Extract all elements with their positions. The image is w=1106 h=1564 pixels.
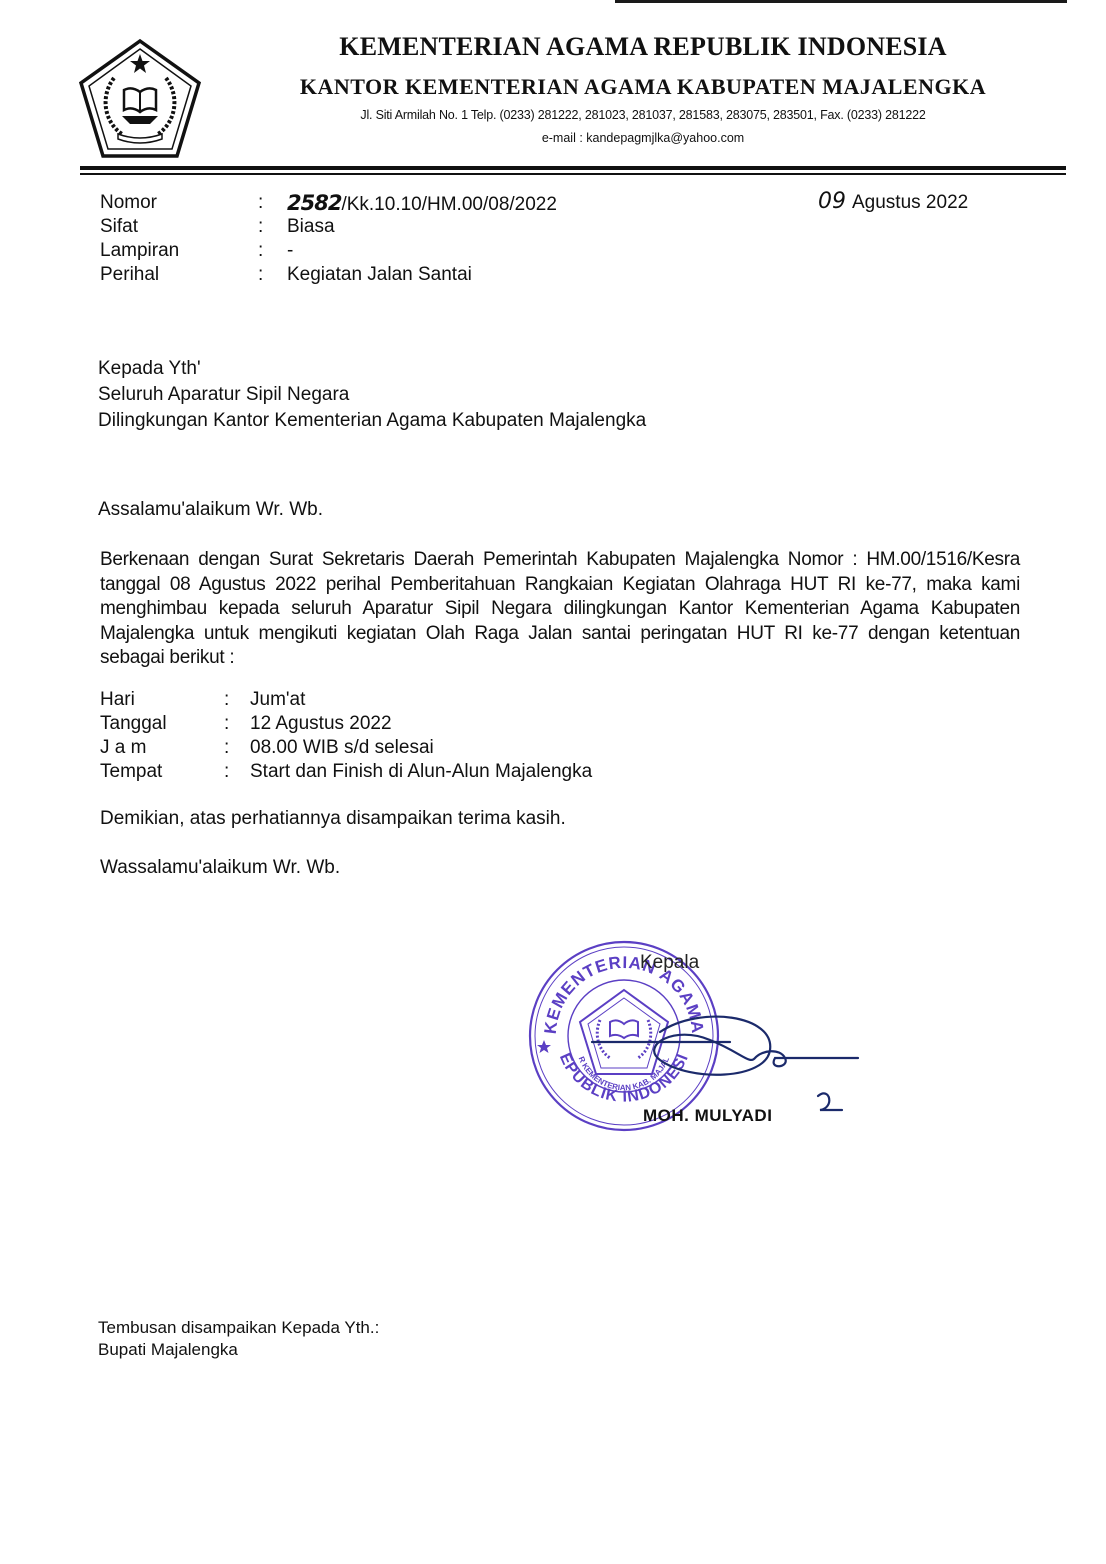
letterhead-ministry: KEMENTERIAN AGAMA REPUBLIK INDONESIA	[248, 32, 1038, 62]
detail-label: J a m	[100, 736, 220, 760]
meta-colon: :	[258, 263, 263, 287]
detail-value: Jum'at	[250, 688, 305, 712]
detail-colon: :	[224, 712, 229, 736]
detail-value: 08.00 WIB s/d selesai	[250, 736, 434, 760]
recipient-line: Kepada Yth'	[98, 356, 646, 382]
scan-edge-strip	[615, 0, 1067, 3]
signatory-name: MOH. MULYADI	[643, 1106, 772, 1126]
letterhead-rule-thin	[80, 173, 1066, 175]
recipient-line: Seluruh Aparatur Sipil Negara	[98, 382, 646, 408]
greeting: Assalamu'alaikum Wr. Wb.	[98, 499, 323, 521]
recipient-block: Kepada Yth' Seluruh Aparatur Sipil Negar…	[98, 356, 646, 434]
handwritten-number: 2582	[287, 191, 341, 215]
detail-value: Start dan Finish di Alun-Alun Majalengka	[250, 760, 592, 784]
meta-label: Lampiran	[100, 239, 250, 263]
meta-colon: :	[258, 191, 263, 215]
letterhead-address: Jl. Siti Armilah No. 1 Telp. (0233) 2812…	[248, 108, 1038, 122]
cc-title: Tembusan disampaikan Kepada Yth.:	[98, 1318, 379, 1338]
letter-number: /Kk.10.10/HM.00/08/2022	[341, 194, 556, 215]
detail-colon: :	[224, 760, 229, 784]
meta-value: 2582/Kk.10.10/HM.00/08/2022	[287, 191, 557, 217]
ministry-emblem-icon	[78, 38, 202, 160]
letterhead-rule-thick	[80, 166, 1066, 170]
detail-colon: :	[224, 736, 229, 760]
detail-label: Tempat	[100, 760, 220, 784]
letter-date: 09Agustus 2022	[818, 189, 968, 214]
meta-value: -	[287, 239, 293, 263]
meta-value: Kegiatan Jalan Santai	[287, 263, 472, 287]
detail-value: 12 Agustus 2022	[250, 712, 392, 736]
meta-label: Perihal	[100, 263, 250, 287]
detail-label: Tanggal	[100, 712, 220, 736]
closing-salam: Wassalamu'alaikum Wr. Wb.	[100, 857, 340, 879]
letterhead-email: e-mail : kandepagmjlka@yahoo.com	[248, 131, 1038, 145]
body-paragraph: Berkenaan dengan Surat Sekretaris Daerah…	[100, 548, 1020, 671]
detail-label: Hari	[100, 688, 220, 712]
meta-colon: :	[258, 215, 263, 239]
cc-item: Bupati Majalengka	[98, 1340, 238, 1360]
recipient-line: Dilingkungan Kantor Kementerian Agama Ka…	[98, 408, 646, 434]
meta-value: Biasa	[287, 215, 335, 239]
handwritten-day: 09	[818, 189, 846, 214]
signatory-title: Kepala	[640, 952, 699, 974]
closing-line: Demikian, atas perhatiannya disampaikan …	[100, 808, 566, 830]
meta-label: Nomor	[100, 191, 250, 215]
letterhead-office: KANTOR KEMENTERIAN AGAMA KABUPATEN MAJAL…	[248, 74, 1038, 100]
detail-colon: :	[224, 688, 229, 712]
meta-colon: :	[258, 239, 263, 263]
date-month-year: Agustus 2022	[852, 192, 968, 213]
meta-label: Sifat	[100, 215, 250, 239]
